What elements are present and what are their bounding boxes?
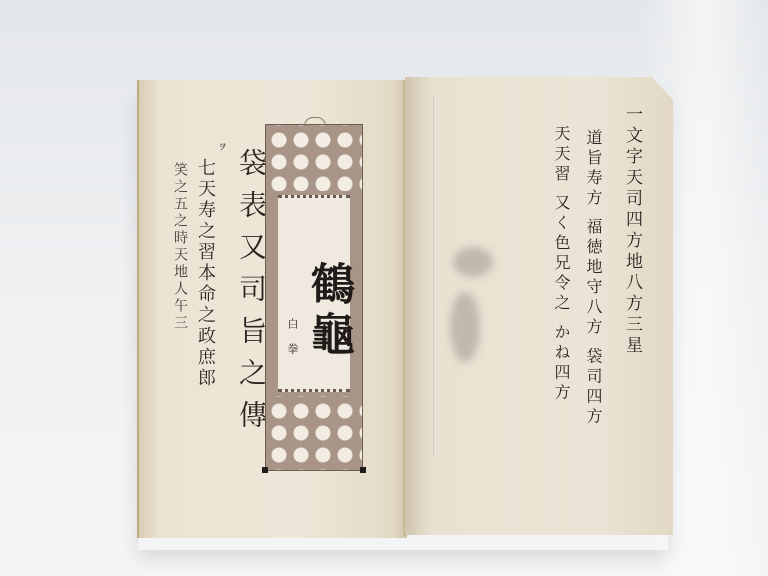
ink-stain — [450, 292, 480, 362]
text-column-1: 一文字天司四方地八方三星 — [623, 105, 640, 425]
small-annotation: ヲ — [216, 142, 225, 151]
photo-scene: { "scene": { "description": "Photograph … — [0, 0, 768, 576]
scroll-panel: 鶴龜 白拳 — [278, 195, 350, 392]
scroll-knob-left — [262, 467, 268, 473]
scroll-bottom-pattern — [266, 396, 362, 470]
scroll-calligraphy: 鶴龜 — [278, 216, 350, 406]
scroll-top-pattern — [266, 125, 362, 191]
hanging-scroll-illustration: 鶴龜 白拳 — [265, 124, 363, 471]
text-column-2: 七天寿之習本命之政庶郎 — [196, 158, 214, 418]
ink-stain — [453, 247, 493, 277]
text-column-3: 笑之五之時天地人午三 — [173, 162, 187, 392]
right-page: 一文字天司四方地八方三星 道旨寿方 福徳地守八方 袋司四方 天天習 又く色兄令之… — [405, 77, 673, 535]
bleed-line — [433, 97, 434, 457]
scroll-knob-right — [360, 467, 366, 473]
text-column-3: 天天習 又く色兄令之 かね四方 — [553, 125, 569, 445]
scroll-signature: 白拳 — [284, 318, 300, 368]
scroll-title: 鶴龜 — [303, 261, 354, 361]
text-column-2: 道旨寿方 福徳地守八方 袋司四方 — [585, 129, 601, 449]
main-text-column: 袋表又司旨之傳 — [237, 148, 265, 448]
